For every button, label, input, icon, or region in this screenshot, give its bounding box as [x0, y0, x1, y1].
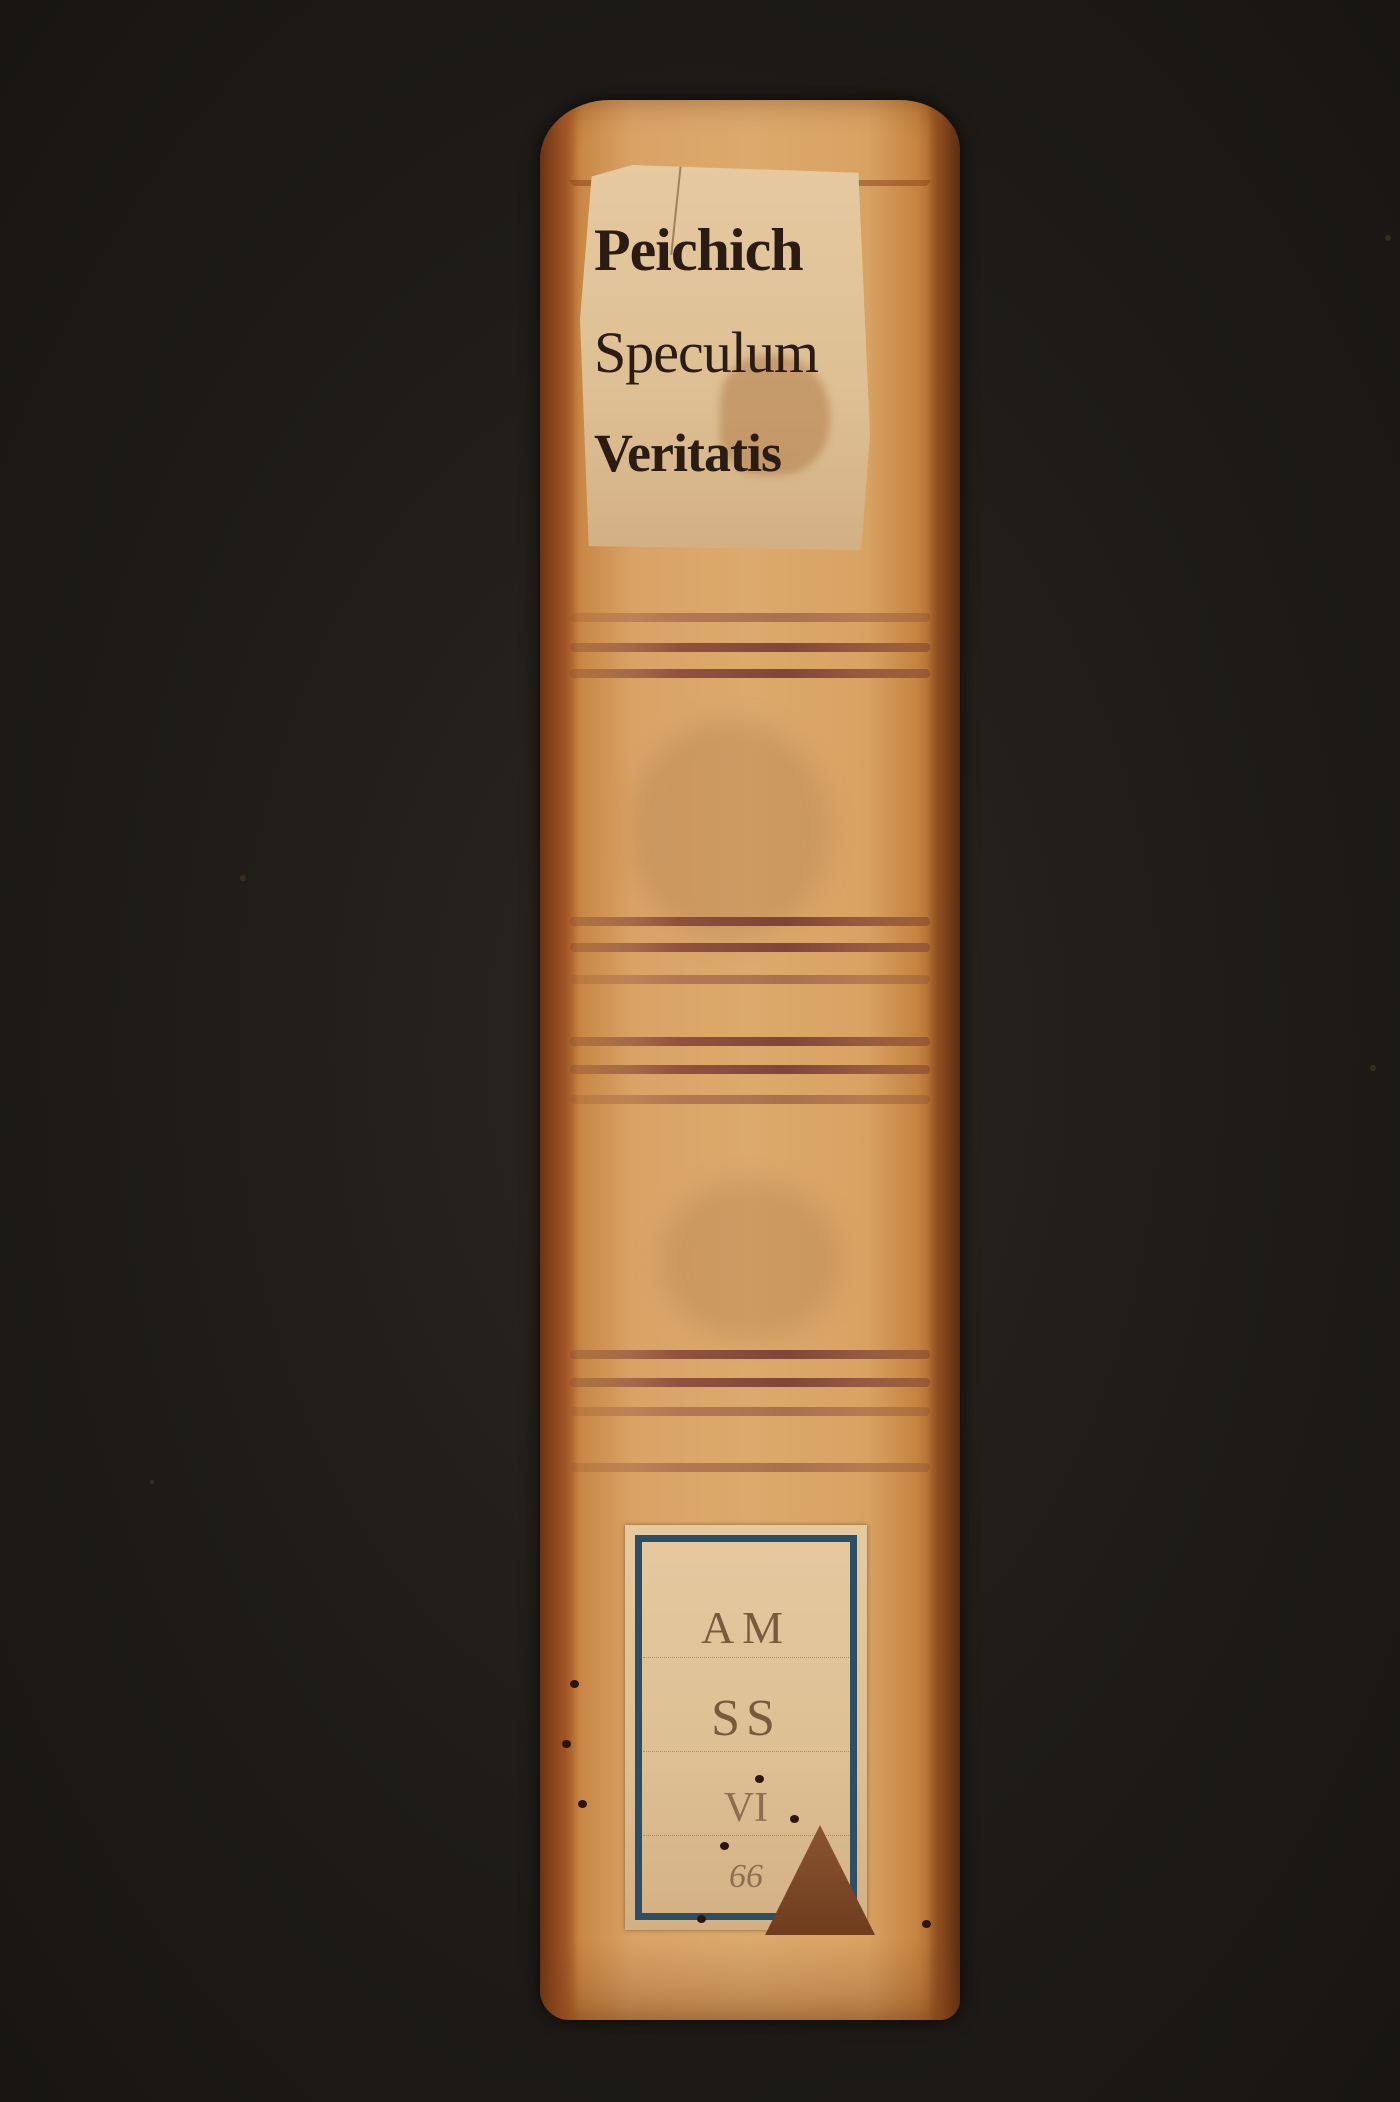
raised-band [570, 917, 930, 926]
wormhole [790, 1815, 799, 1823]
wormhole [922, 1920, 931, 1928]
spine-right-edge [928, 100, 960, 2020]
spine-tail [540, 1940, 960, 2020]
raised-band-group-3 [570, 1345, 930, 1475]
title-author: Peichich [594, 220, 862, 280]
raised-band [570, 1350, 930, 1359]
shelfmark-label: AM SS VI 66 [625, 1525, 867, 1930]
background-speck [1370, 1065, 1376, 1071]
title-word-2: Veritatis [594, 426, 862, 480]
book-spine: Peichich Speculum Veritatis AM SS VI 66 [540, 100, 960, 2020]
raised-band [570, 1037, 930, 1046]
raised-band [570, 613, 930, 622]
background-speck [240, 875, 246, 881]
raised-band [570, 1378, 930, 1387]
raised-band-group-2 [570, 905, 930, 1135]
title-word-1: Speculum [594, 324, 862, 382]
raised-band [570, 643, 930, 652]
raised-band [570, 1463, 930, 1472]
shelfmark-row-3: VI [643, 1787, 849, 1836]
background-speck [150, 1480, 154, 1484]
raised-band-group-1 [570, 605, 930, 705]
wormhole [755, 1775, 764, 1783]
shelfmark-row-2: SS [643, 1693, 849, 1752]
leather-stain [660, 1180, 840, 1340]
raised-band [570, 669, 930, 678]
raised-band [570, 1095, 930, 1104]
wormhole [720, 1842, 729, 1850]
raised-band [570, 975, 930, 984]
wormhole [570, 1680, 579, 1688]
raised-band [570, 943, 930, 952]
raised-band [570, 1407, 930, 1416]
raised-band [570, 1065, 930, 1074]
wormhole [697, 1915, 706, 1923]
wormhole [578, 1800, 587, 1808]
title-label: Peichich Speculum Veritatis [580, 165, 870, 550]
background-speck [1385, 235, 1391, 241]
shelfmark-row-1: AM [643, 1605, 849, 1658]
wormhole [562, 1740, 571, 1748]
